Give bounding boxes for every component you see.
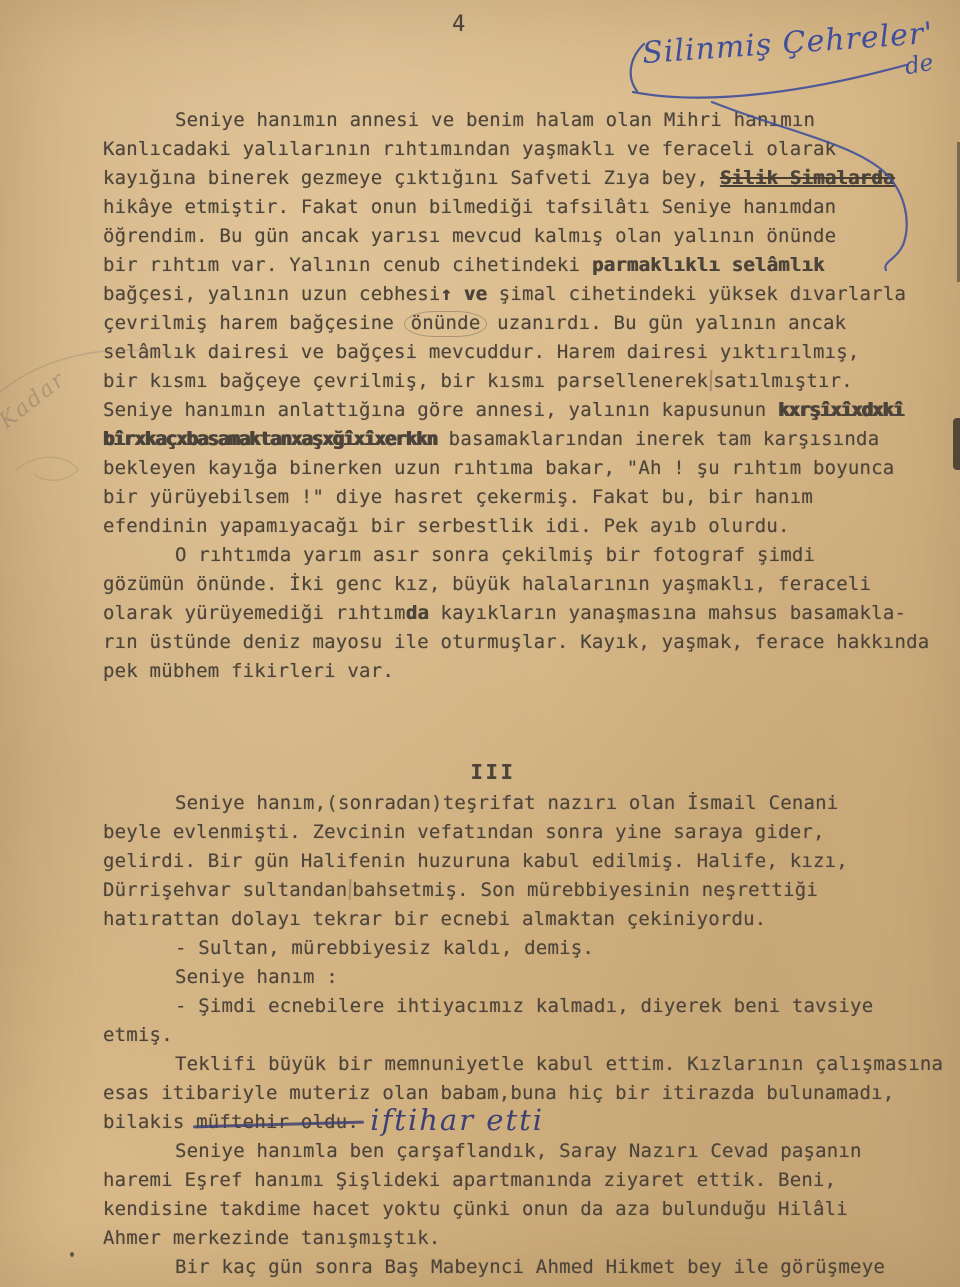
text-line: beyle evlenmişti. Zevcinin vefatından so…: [103, 818, 913, 847]
text-line: Seniye hanımın annesi ve benim halam ola…: [103, 106, 903, 135]
typed-text: - Şimdi ecnebilere ihtiyacımız kalmadı, …: [175, 995, 873, 1017]
text-line: bir kısmı bağçeye çevrilmiş, bir kısmı p…: [103, 367, 903, 396]
text-line: Seniye hanım :: [103, 963, 913, 992]
text-line: bağçesi, yalının uzun cebhesi↑ ve şimal …: [103, 280, 903, 309]
page-number: 4: [452, 10, 465, 39]
typed-text: çevrilmiş harem bağçesine: [103, 312, 406, 334]
text-line: bir yürüyebilsem !" diye hasret çekermiş…: [103, 483, 903, 512]
typed-text: parmaklıklı selâmlık: [592, 254, 825, 276]
typed-text: basamaklarından inerek tam karşısında: [437, 428, 879, 450]
text-line: O rıhtımda yarım asır sonra çekilmiş bir…: [103, 541, 903, 570]
text-line: olarak yürüyemediği rıhtımda kayıkların …: [103, 599, 903, 628]
typed-text: uzanırdı. Bu gün yalının ancak: [485, 312, 846, 334]
typed-text: - Sultan, mürebbiyesiz kaldı, demiş.: [175, 937, 594, 959]
hand-struck-text: müftehir oldu.: [196, 1108, 359, 1137]
ink-speck: [70, 1252, 74, 1257]
text-line: bekleyen kayığa binerken uzun rıhtıma ba…: [103, 454, 903, 483]
typed-text: kendisine takdime hacet yoktu çünki onun…: [103, 1198, 848, 1220]
text-line: Ahmer merkezinde tanışmıştık.: [103, 1224, 913, 1253]
typed-text: kayığına binerek gezmeye çıktığını Safve…: [103, 167, 720, 189]
text-line: çevrilmiş harem bağçesine önünde uzanırd…: [103, 309, 903, 338]
handwritten-correction: iftihar etti: [359, 1103, 544, 1137]
handwritten-title-suffix: de: [903, 50, 935, 81]
typed-text: Seniye hanımın anlattığına göre annesi, …: [103, 399, 778, 421]
typed-text: beyle evlenmişti. Zevcinin vefatından so…: [103, 821, 825, 843]
typed-text: Kanlıcadaki yalılarının rıhtımından yaşm…: [103, 138, 836, 160]
typed-text: da: [406, 602, 429, 624]
typed-text: öğrendim. Bu gün ancak yarısı mevcud kal…: [103, 225, 836, 247]
typed-text: esas itibariyle muteriz olan babam,buna …: [103, 1082, 894, 1104]
text-line: etmiş.: [103, 1021, 913, 1050]
manuscript-page: 4 Silinmiş Çehreler' de Kadar Seniye han…: [0, 0, 960, 1287]
typed-text: bilakis: [103, 1111, 196, 1133]
text-line: bîrxkaçxbasamaktanxaşxğîxîxerkkn basamak…: [103, 425, 903, 454]
typed-text: rın üstünde deniz mayosu ile oturmuşlar.…: [103, 631, 929, 653]
pencil-squiggle-stroke: [16, 457, 78, 480]
typed-text: Seniye hanımla ben çarşaflandık, Saray N…: [175, 1140, 862, 1162]
text-line: Dürrişehvar sultandanbahsetmiş. Son müre…: [103, 876, 913, 905]
ink-underline-stroke: [633, 65, 906, 98]
text-line: Teklifi büyük bir memnuniyetle kabul ett…: [103, 1050, 913, 1079]
typed-text: Bir kaç gün sonra Baş Mabeynci Ahmed Hik…: [175, 1256, 885, 1278]
text-line: - Sultan, mürebbiyesiz kaldı, demiş.: [103, 934, 913, 963]
typed-text: O rıhtımda yarım asır sonra çekilmiş bir…: [175, 544, 815, 566]
typed-text: efendinin yapamıyacağı bir serbestlik id…: [103, 515, 790, 537]
text-line: Seniye hanım,(sonradan)teşrifat nazırı o…: [103, 789, 913, 818]
text-line: bir rıhtım var. Yalının cenub cihetindek…: [103, 251, 903, 280]
typed-text: olarak yürüyemediği rıhtım: [103, 602, 406, 624]
typed-text: bağçesi, yalının uzun cebhesi: [103, 283, 441, 305]
text-line: Bir kaç gün sonra Baş Mabeynci Ahmed Hik…: [103, 1253, 913, 1282]
text-line: haremi Eşref hanımı Şişlideki apartmanın…: [103, 1166, 913, 1195]
text-line: öğrendim. Bu gün ancak yarısı mevcud kal…: [103, 222, 903, 251]
scan-edge-blot: [953, 418, 960, 470]
typed-text: bekleyen kayığa binerken uzun rıhtıma ba…: [103, 457, 894, 479]
text-line: bilakis müftehir oldu. iftihar etti: [103, 1108, 913, 1137]
typed-text: bir rıhtım var. Yalının cenub cihetindek…: [103, 254, 592, 276]
typed-text: Seniye hanımın annesi ve benim halam ola…: [175, 109, 815, 131]
typed-text: satılmıştır.: [713, 370, 853, 392]
typed-text: Seniye hanım,(sonradan)teşrifat nazırı o…: [175, 792, 838, 814]
typed-text: selâmlık dairesi ve bağçesi mevcuddur. H…: [103, 341, 860, 363]
typed-paragraph-2: Seniye hanım,(sonradan)teşrifat nazırı o…: [103, 789, 913, 1282]
typed-text: ↑ ve: [441, 283, 488, 305]
text-line: pek mübhem fikirleri var.: [103, 657, 903, 686]
typed-text: Seniye hanım :: [175, 966, 338, 988]
text-line: kayığına binerek gezmeye çıktığını Safve…: [103, 164, 903, 193]
section-heading: III: [103, 758, 883, 787]
typed-text: Dürrişehvar sultandan: [103, 879, 347, 901]
text-line: rın üstünde deniz mayosu ile oturmuşlar.…: [103, 628, 903, 657]
handwritten-title-annotation: Silinmiş Çehreler': [641, 16, 934, 71]
text-line: efendinin yapamıyacağı bir serbestlik id…: [103, 512, 903, 541]
text-line: kendisine takdime hacet yoktu çünki onun…: [103, 1195, 913, 1224]
text-line: Seniye hanımın anlattığına göre annesi, …: [103, 396, 903, 425]
text-line: selâmlık dairesi ve bağçesi mevcuddur. H…: [103, 338, 903, 367]
typed-paragraph-1: Seniye hanımın annesi ve benim halam ola…: [103, 106, 903, 686]
typed-text: gelirdi. Bir gün Halifenin huzuruna kabu…: [103, 850, 848, 872]
typed-text: Ahmer merkezinde tanışmıştık.: [103, 1227, 441, 1249]
pencil-margin-note: Kadar: [0, 367, 71, 434]
text-line: hikâye etmiştir. Fakat onun bilmediği ta…: [103, 193, 903, 222]
typed-text: bîrxkaçxbasamaktanxaşxğîxîxerkkn: [103, 428, 437, 450]
typed-text: pek mübhem fikirleri var.: [103, 660, 394, 682]
typed-struck-text: Silik Simalarda: [720, 167, 895, 189]
typed-text: etmiş.: [103, 1024, 173, 1046]
text-line: - Şimdi ecnebilere ihtiyacımız kalmadı, …: [103, 992, 913, 1021]
typed-text: haremi Eşref hanımı Şişlideki apartmanın…: [103, 1169, 836, 1191]
typed-text: kxrşîxîxdxkî: [778, 399, 903, 421]
text-line: Seniye hanımla ben çarşaflandık, Saray N…: [103, 1137, 913, 1166]
typed-text: bir kısmı bağçeye çevrilmiş, bir kısmı p…: [103, 370, 708, 392]
typed-text: hikâye etmiştir. Fakat onun bilmediği ta…: [103, 196, 836, 218]
typed-text: bir yürüyebilsem !" diye hasret çekermiş…: [103, 486, 813, 508]
text-line: gözümün önünde. İki genc kız, büyük hala…: [103, 570, 903, 599]
typed-text: gözümün önünde. İki genc kız, büyük hala…: [103, 573, 871, 595]
typed-text: hatırattan dolayı tekrar bir ecnebi alma…: [103, 908, 766, 930]
typed-text: kayıkların yanaşmasına mahsus basamakla-: [429, 602, 906, 624]
typed-text: bahsetmiş. Son mürebbiyesinin neşrettiği: [352, 879, 818, 901]
text-line: gelirdi. Bir gün Halifenin huzuruna kabu…: [103, 847, 913, 876]
typed-text: şimal cihetindeki yüksek dıvarlarla: [487, 283, 906, 305]
pencil-circled-word: önünde: [404, 311, 488, 337]
text-line: Kanlıcadaki yalılarının rıhtımından yaşm…: [103, 135, 903, 164]
typed-text: Teklifi büyük bir memnuniyetle kabul ett…: [175, 1053, 943, 1075]
text-line: hatırattan dolayı tekrar bir ecnebi alma…: [103, 905, 913, 934]
